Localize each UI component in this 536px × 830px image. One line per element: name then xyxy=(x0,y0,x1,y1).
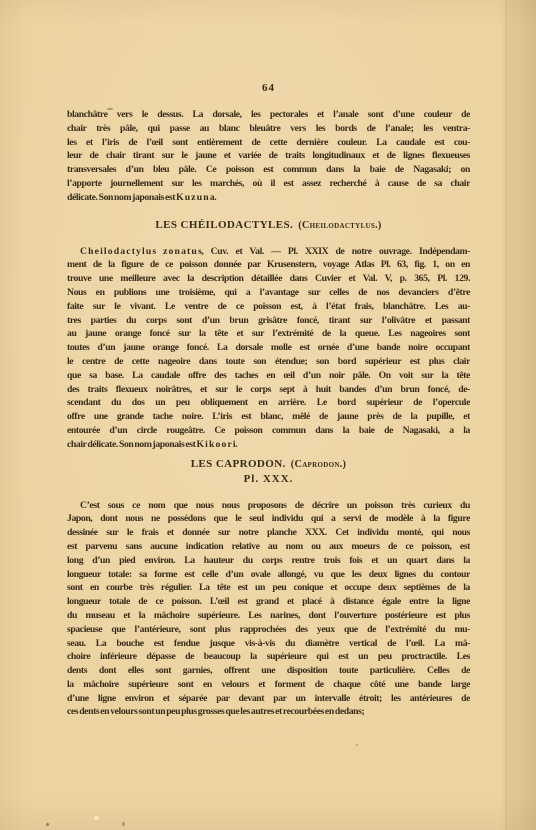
text-line: entourée d’un circle rougeâtre. Ce poiss… xyxy=(67,424,470,438)
text-line: du museau et la mâchoire supérieure. Les… xyxy=(67,609,470,623)
text-line: Japon, dont nous ne possédons que le seu… xyxy=(67,512,470,526)
page-number: 64 xyxy=(67,82,470,96)
text-line: d’une ligne environ et séparée par devan… xyxy=(67,692,470,706)
paper-speck xyxy=(356,744,358,746)
text-line: leur de chair tirant sur le jaune et var… xyxy=(67,149,470,163)
text-line: faite sur le vivant. Le ventre de ce poi… xyxy=(67,300,470,314)
text-line: trouve une meilleure avec la description… xyxy=(67,272,470,286)
text-line: dessinée sur le frais et donnée sur notr… xyxy=(67,526,470,540)
text-line: tres parties du corps sont d’un brun gri… xyxy=(67,314,470,328)
text-line: spacieuse que l’antérieure, sont plus ra… xyxy=(67,623,470,637)
text-line: C h e i l o d a c t y l u s z o n a t u … xyxy=(67,245,470,259)
text-line: le centre de cette nageoire dans toute s… xyxy=(67,355,470,369)
plate-reference: Pl. XXX. xyxy=(67,473,470,487)
text-line: la mâchoire supérieure sont en velours e… xyxy=(67,678,470,692)
page-edge-crease xyxy=(505,0,507,830)
text-line: l’apporte journellement sur les marchés,… xyxy=(67,177,470,191)
text-line: toutes d’un jaune orange foncé. La dorsa… xyxy=(67,341,470,355)
section-heading-caprodon: LES CAPRODON.(Caprodon.) xyxy=(67,458,470,473)
text-line: long d’un pied environ. La hauteur du co… xyxy=(67,554,470,568)
section-taxon-latin: (Cheilodactylus.) xyxy=(298,220,381,231)
section-heading-cheilodactyles: LES CHÉILODACTYLES.(Cheilodactylus.) xyxy=(67,219,470,234)
section-taxon-latin: (Caprodon.) xyxy=(291,459,347,470)
text-line: seau. La bouche est fendue jusque vis-à-… xyxy=(67,637,470,651)
text-line: blanchâtre vers le dessus. La dorsale, l… xyxy=(67,108,470,122)
scanned-book-page: 64 blanchâtre vers le dessus. La dorsale… xyxy=(0,0,536,830)
text-line: longueur totale: sa forme est celle d’un… xyxy=(67,568,470,582)
text-line: C’est sous ce nom que nous nous proposon… xyxy=(67,499,470,513)
text-block: 64 blanchâtre vers le dessus. La dorsale… xyxy=(67,82,470,719)
section-title: LES CAPRODON. xyxy=(191,458,286,470)
text-line: au jaune orange foncé sur la tête et sur… xyxy=(67,327,470,341)
text-line: transversales d’un bleu pâle. Ce poisson… xyxy=(67,163,470,177)
text-line: scendant du dos un peu obliquement en ar… xyxy=(67,396,470,410)
page-edge-shading xyxy=(507,0,536,830)
paper-speck xyxy=(46,823,49,826)
text-line: des traits flexueux noirâtres, et sur le… xyxy=(67,383,470,397)
text-line: dents dont elles sont garnies, offrent u… xyxy=(67,664,470,678)
text-line: longueur totale de ce poisson. L’œil est… xyxy=(67,595,470,609)
text-line: Nous en publions une troisième, qui a l’… xyxy=(67,286,470,300)
text-line: offre une grande tache noire. L’iris est… xyxy=(67,410,470,424)
paper-speck xyxy=(94,816,99,820)
text-line: ment de la figure de ce poisson donnée p… xyxy=(67,258,470,272)
text-line: chair très pâle, qui passe au blanc bleu… xyxy=(67,122,470,136)
text-line: les et l’iris de l’œil sont entièrement … xyxy=(67,136,470,150)
text-line: choire inférieure dépasse de beaucoup la… xyxy=(67,650,470,664)
text-line: délicate. Son nom japonais est K u z u n… xyxy=(67,191,470,205)
paper-speck xyxy=(122,822,125,826)
paragraph-caprodon-description: C’est sous ce nom que nous nous proposon… xyxy=(67,499,470,720)
text-line: ces dents en velours sont un peu plus gr… xyxy=(67,705,470,719)
text-line: que sa base. La caudale offre des taches… xyxy=(67,369,470,383)
text-line: est parvenu sans aucune indication relat… xyxy=(67,540,470,554)
paragraph-cheilodactylus-zonatus: C h e i l o d a c t y l u s z o n a t u … xyxy=(67,245,470,452)
text-line: sont en courbe très régulier. La tête es… xyxy=(67,581,470,595)
text-line: chair délicate. Son nom japonais est K i… xyxy=(67,438,470,452)
paragraph-continuation: blanchâtre vers le dessus. La dorsale, l… xyxy=(67,108,470,205)
section-title: LES CHÉILODACTYLES. xyxy=(155,219,293,231)
